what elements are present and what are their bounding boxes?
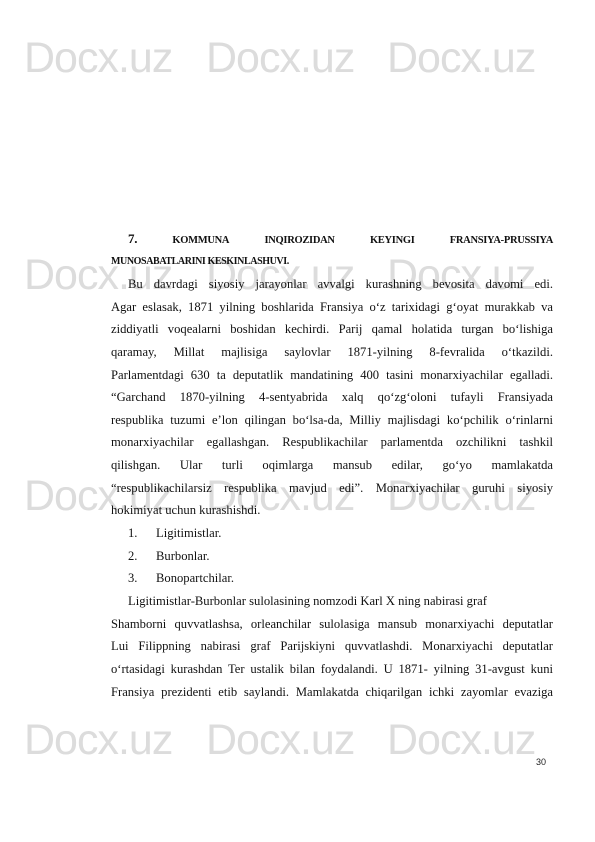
document-body: 7. KOMMUNA INQIROZIDAN KEYINGI FRANSIYA-…: [111, 227, 553, 703]
watermark: Docx.uz: [24, 719, 172, 762]
text-line: qaramay, Millat majlisiga saylovlar 1871…: [111, 341, 553, 364]
watermark: Docx.uz: [206, 37, 354, 80]
paragraph: Bu davrdagi siyosiy jarayonlar avvalgi k…: [111, 273, 553, 522]
list-number: 2.: [111, 545, 156, 568]
section-heading-line2: MUNOSABATLARINI KESKINLASHUVI.: [111, 251, 553, 273]
list-item: 2. Burbonlar.: [111, 545, 553, 568]
text-line: Fransiya prezidenti etib saylandi. Mamla…: [111, 681, 553, 704]
section-number: 7.: [111, 227, 137, 251]
heading-word: FRANSIYA-PRUSSIYA: [450, 229, 553, 253]
text-line: Agar eslasak, 1871 yilning boshlarida Fr…: [111, 296, 553, 319]
list-text: Bonopartchilar.: [156, 567, 234, 590]
watermark: Docx.uz: [206, 719, 354, 762]
text-line: Ligitimistlar-Burbonlar sulolasining nom…: [111, 590, 553, 613]
section-heading: 7. KOMMUNA INQIROZIDAN KEYINGI FRANSIYA-…: [111, 227, 553, 251]
text-line: Lui Filippning nabirasi graf Parijskiyni…: [111, 635, 553, 658]
paragraph: Ligitimistlar-Burbonlar sulolasining nom…: [111, 590, 553, 703]
text-line: hokimiyat uchun kurashishdi.: [111, 499, 553, 522]
list-item: 3. Bonopartchilar.: [111, 567, 553, 590]
watermark: Docx.uz: [24, 37, 172, 80]
list-number: 1.: [111, 522, 156, 545]
text-line: “respublikachilarsiz respublika mavjud e…: [111, 477, 553, 500]
text-line: respublika tuzumi e’lon qilingan bo‘lsa-…: [111, 409, 553, 432]
watermark: Docx.uz: [387, 37, 535, 80]
text-line: Shamborni quvvatlashsa, orleanchilar sul…: [111, 613, 553, 636]
numbered-list: 1. Ligitimistlar. 2. Burbonlar. 3. Bonop…: [111, 522, 553, 590]
list-item: 1. Ligitimistlar.: [111, 522, 553, 545]
list-text: Burbonlar.: [156, 545, 210, 568]
heading-word: INQIROZIDAN: [264, 229, 334, 253]
list-text: Ligitimistlar.: [156, 522, 221, 545]
watermark: Docx.uz: [387, 719, 535, 762]
list-number: 3.: [111, 567, 156, 590]
text-line: o‘rtasidagi kurashdan Ter ustalik bilan …: [111, 658, 553, 681]
heading-word: KEYINGI: [370, 229, 415, 253]
text-line: “Garchand 1870-yilning 4-sentyabrida xal…: [111, 386, 553, 409]
text-line: qilishgan. Ular turli oqimlarga mansub e…: [111, 454, 553, 477]
document-page: Docx.uz Docx.uz Docx.uz Docx.uz Docx.uz …: [0, 0, 595, 842]
heading-word: KOMMUNA: [172, 229, 229, 253]
page-number: 30: [536, 757, 546, 767]
text-line: Parlamentdagi 630 ta deputatlik mandatin…: [111, 364, 553, 387]
text-line: Bu davrdagi siyosiy jarayonlar avvalgi k…: [111, 273, 553, 296]
text-line: monarxiyachilar egallashgan. Respublikac…: [111, 431, 553, 454]
text-line: ziddiyatli voqealarni boshidan kechirdi.…: [111, 318, 553, 341]
